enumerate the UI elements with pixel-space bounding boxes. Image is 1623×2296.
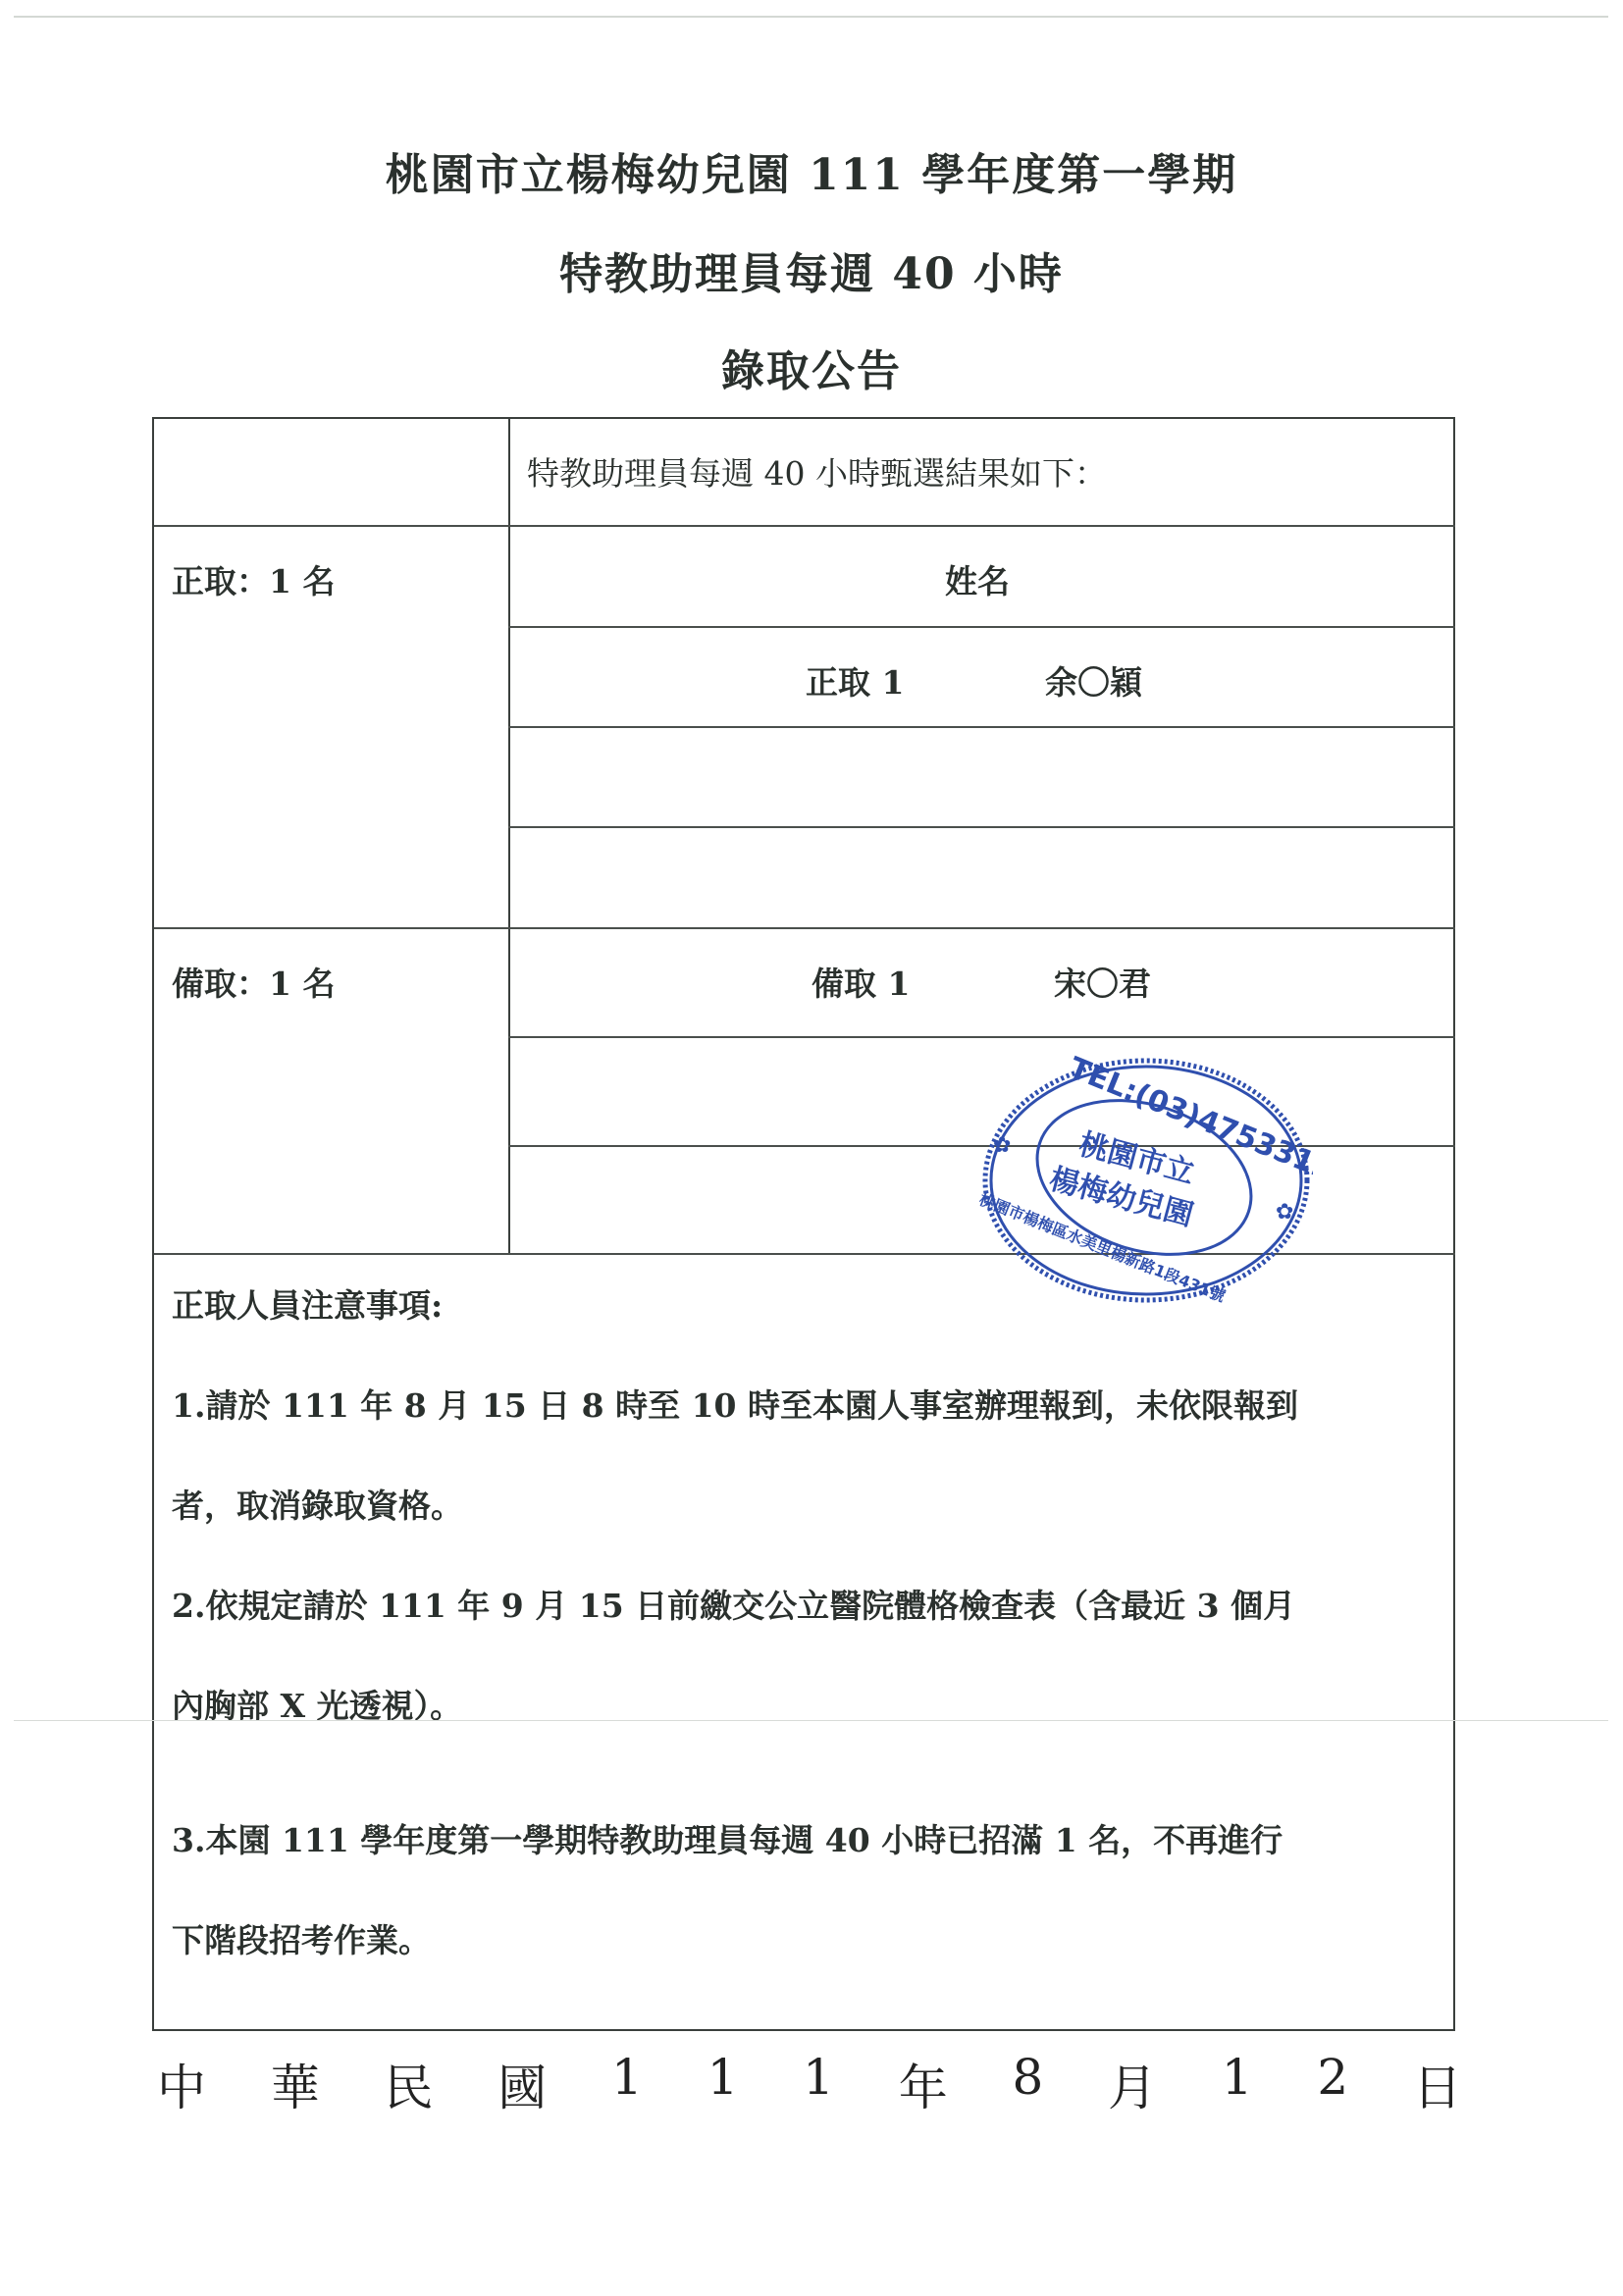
date-part: 8 bbox=[1012, 2049, 1043, 2119]
note-line: 2.依規定請於 111 年 9 月 15 日前繳交公立醫院體格檢查表（含最近 3… bbox=[172, 1581, 1295, 1627]
date-part: 1 bbox=[1222, 2049, 1253, 2119]
row-divider bbox=[154, 927, 1455, 929]
admitted-rank: 正取 1 bbox=[806, 657, 904, 704]
title-school-term: 桃園市立楊梅幼兒園 111 學年度第一學期 bbox=[0, 139, 1623, 202]
note-line: 1.請於 111 年 8 月 15 日 8 時至 10 時至本園人事室辦理報到，… bbox=[172, 1381, 1298, 1427]
waitlist-rank: 備取 1 bbox=[811, 959, 910, 1005]
row-divider bbox=[508, 826, 1455, 828]
row-divider bbox=[508, 626, 1455, 628]
waitlist-name: 宋〇君 bbox=[1054, 959, 1151, 1005]
admitted-count-label: 正取：1 名 bbox=[172, 556, 335, 602]
admitted-name: 余〇穎 bbox=[1045, 657, 1142, 704]
scan-edge-line bbox=[14, 16, 1608, 18]
flower-icon: ✿ bbox=[993, 1133, 1011, 1158]
announcement-date: 中 華 民 國 1 1 1 年 8 月 1 2 日 bbox=[157, 2049, 1462, 2119]
results-intro: 特教助理員每週 40 小時甄選結果如下： bbox=[527, 448, 1107, 495]
note-line: 者，取消錄取資格。 bbox=[172, 1481, 463, 1527]
scan-fold-line bbox=[14, 1720, 1608, 1721]
date-part: 1 bbox=[707, 2049, 739, 2119]
row-divider bbox=[508, 726, 1455, 728]
flower-icon: ✿ bbox=[1276, 1200, 1293, 1225]
date-part: 國 bbox=[497, 2049, 547, 2119]
column-divider bbox=[508, 419, 510, 1253]
date-part: 日 bbox=[1413, 2049, 1462, 2119]
title-position: 特教助理員每週 40 小時 bbox=[0, 238, 1623, 301]
date-part: 1 bbox=[611, 2049, 643, 2119]
notes-heading: 正取人員注意事項: bbox=[172, 1280, 443, 1327]
row-divider bbox=[154, 525, 1455, 527]
row-divider bbox=[508, 1036, 1455, 1038]
note-line: 3.本園 111 學年度第一學期特教助理員每週 40 小時已招滿 1 名，不再進… bbox=[172, 1815, 1283, 1861]
official-seal-stamp: TEL:(03)4753312 桃園市立 楊梅幼兒園 桃園市楊梅區水美里楊新路1… bbox=[979, 1054, 1313, 1307]
date-part: 中 bbox=[157, 2049, 206, 2119]
date-part: 1 bbox=[803, 2049, 834, 2119]
date-part: 2 bbox=[1317, 2049, 1348, 2119]
date-part: 年 bbox=[899, 2049, 948, 2119]
waitlist-count-label: 備取：1 名 bbox=[172, 959, 335, 1005]
date-part: 華 bbox=[271, 2049, 320, 2119]
title-announcement: 錄取公告 bbox=[0, 336, 1623, 398]
note-line: 下階段招考作業。 bbox=[172, 1915, 431, 1961]
date-part: 民 bbox=[385, 2049, 434, 2119]
name-column-header: 姓名 bbox=[945, 556, 1010, 602]
date-part: 月 bbox=[1108, 2049, 1157, 2119]
